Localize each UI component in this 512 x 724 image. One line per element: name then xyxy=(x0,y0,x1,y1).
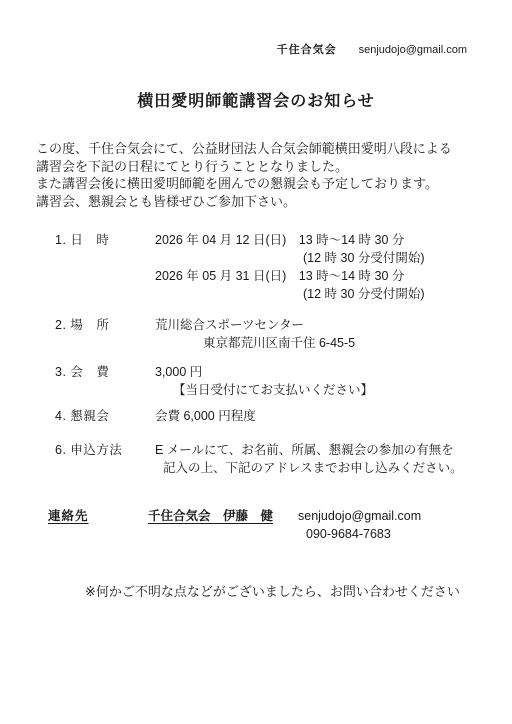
item-social-label: 4. 懇親会 xyxy=(55,407,155,425)
intro-line: この度、千住合気会にて、公益財団法人合気会師範横田愛明八段による xyxy=(36,140,452,158)
item-fee: 3. 会 費 3,000 円 【当日受付にてお支払いください】 xyxy=(55,363,373,399)
item-social-gathering: 4. 懇親会 会費 6,000 円程度 xyxy=(55,407,256,425)
application-line: E メールにて、お名前、所属、懇親会の参加の有無を xyxy=(155,441,463,459)
item-application-values: E メールにて、お名前、所属、懇親会の参加の有無を 記入の上、下記のアドレスまで… xyxy=(155,441,463,477)
header-email: senjudojo@gmail.com xyxy=(359,44,467,56)
item-fee-label: 3. 会 費 xyxy=(55,363,155,399)
item-social-values: 会費 6,000 円程度 xyxy=(155,407,256,425)
intro-line: また講習会後に横田愛明師範を囲んでの懇親会も予定しております。 xyxy=(36,175,452,193)
date-line: 2026 年 05 月 31 日(日) 13 時〜14 時 30 分 xyxy=(155,267,425,285)
document-header: 千住合気会senjudojo@gmail.com xyxy=(277,41,467,57)
contact-phone: 090-9684-7683 xyxy=(298,525,421,543)
date-reception-note: (12 時 30 分受付開始) xyxy=(155,285,425,303)
item-application-method: 6. 申込方法 E メールにて、お名前、所属、懇親会の参加の有無を 記入の上、下… xyxy=(55,441,463,477)
contact-info: senjudojo@gmail.com 090-9684-7683 xyxy=(298,507,421,543)
fee-payment-note: 【当日受付にてお支払いください】 xyxy=(155,381,373,399)
social-fee: 会費 6,000 円程度 xyxy=(155,407,256,425)
fee-amount: 3,000 円 xyxy=(155,363,373,381)
contact-section: 連絡先 千住合気会 伊藤 健 senjudojo@gmail.com 090-9… xyxy=(48,507,421,543)
place-name: 荒川総合スポーツセンター xyxy=(155,316,355,334)
item-date-label: 1. 日 時 xyxy=(55,231,155,303)
intro-paragraph: この度、千住合気会にて、公益財団法人合気会師範横田愛明八段による 講習会を下記の… xyxy=(36,140,452,210)
contact-person-name: 千住合気会 伊藤 健 xyxy=(148,507,298,543)
item-fee-values: 3,000 円 【当日受付にてお支払いください】 xyxy=(155,363,373,399)
intro-line: 講習会、懇親会とも皆様ぜひご参加下さい。 xyxy=(36,193,452,211)
item-date: 1. 日 時 2026 年 04 月 12 日(日) 13 時〜14 時 30 … xyxy=(55,231,425,303)
item-place-values: 荒川総合スポーツセンター 東京都荒川区南千住 6-45-5 xyxy=(155,316,355,352)
document-page: 千住合気会senjudojo@gmail.com 横田愛明師範講習会のお知らせ … xyxy=(0,0,512,724)
page-title: 横田愛明師範講習会のお知らせ xyxy=(0,88,512,111)
item-date-values: 2026 年 04 月 12 日(日) 13 時〜14 時 30 分 (12 時… xyxy=(155,231,425,303)
application-line: 記入の上、下記のアドレスまでお申し込みください。 xyxy=(155,459,463,477)
item-application-label: 6. 申込方法 xyxy=(55,441,155,477)
footer-inquiry-note: ※何かご不明な点などがございましたら、お問い合わせください xyxy=(85,581,460,600)
contact-email: senjudojo@gmail.com xyxy=(298,507,421,525)
item-place-label: 2. 場 所 xyxy=(55,316,155,352)
contact-label: 連絡先 xyxy=(48,507,148,543)
intro-line: 講習会を下記の日程にてとり行うこととなりました。 xyxy=(36,158,452,176)
header-org-name: 千住合気会 xyxy=(277,44,337,56)
date-line: 2026 年 04 月 12 日(日) 13 時〜14 時 30 分 xyxy=(155,231,425,249)
item-place: 2. 場 所 荒川総合スポーツセンター 東京都荒川区南千住 6-45-5 xyxy=(55,316,355,352)
date-reception-note: (12 時 30 分受付開始) xyxy=(155,249,425,267)
place-address: 東京都荒川区南千住 6-45-5 xyxy=(155,334,355,352)
